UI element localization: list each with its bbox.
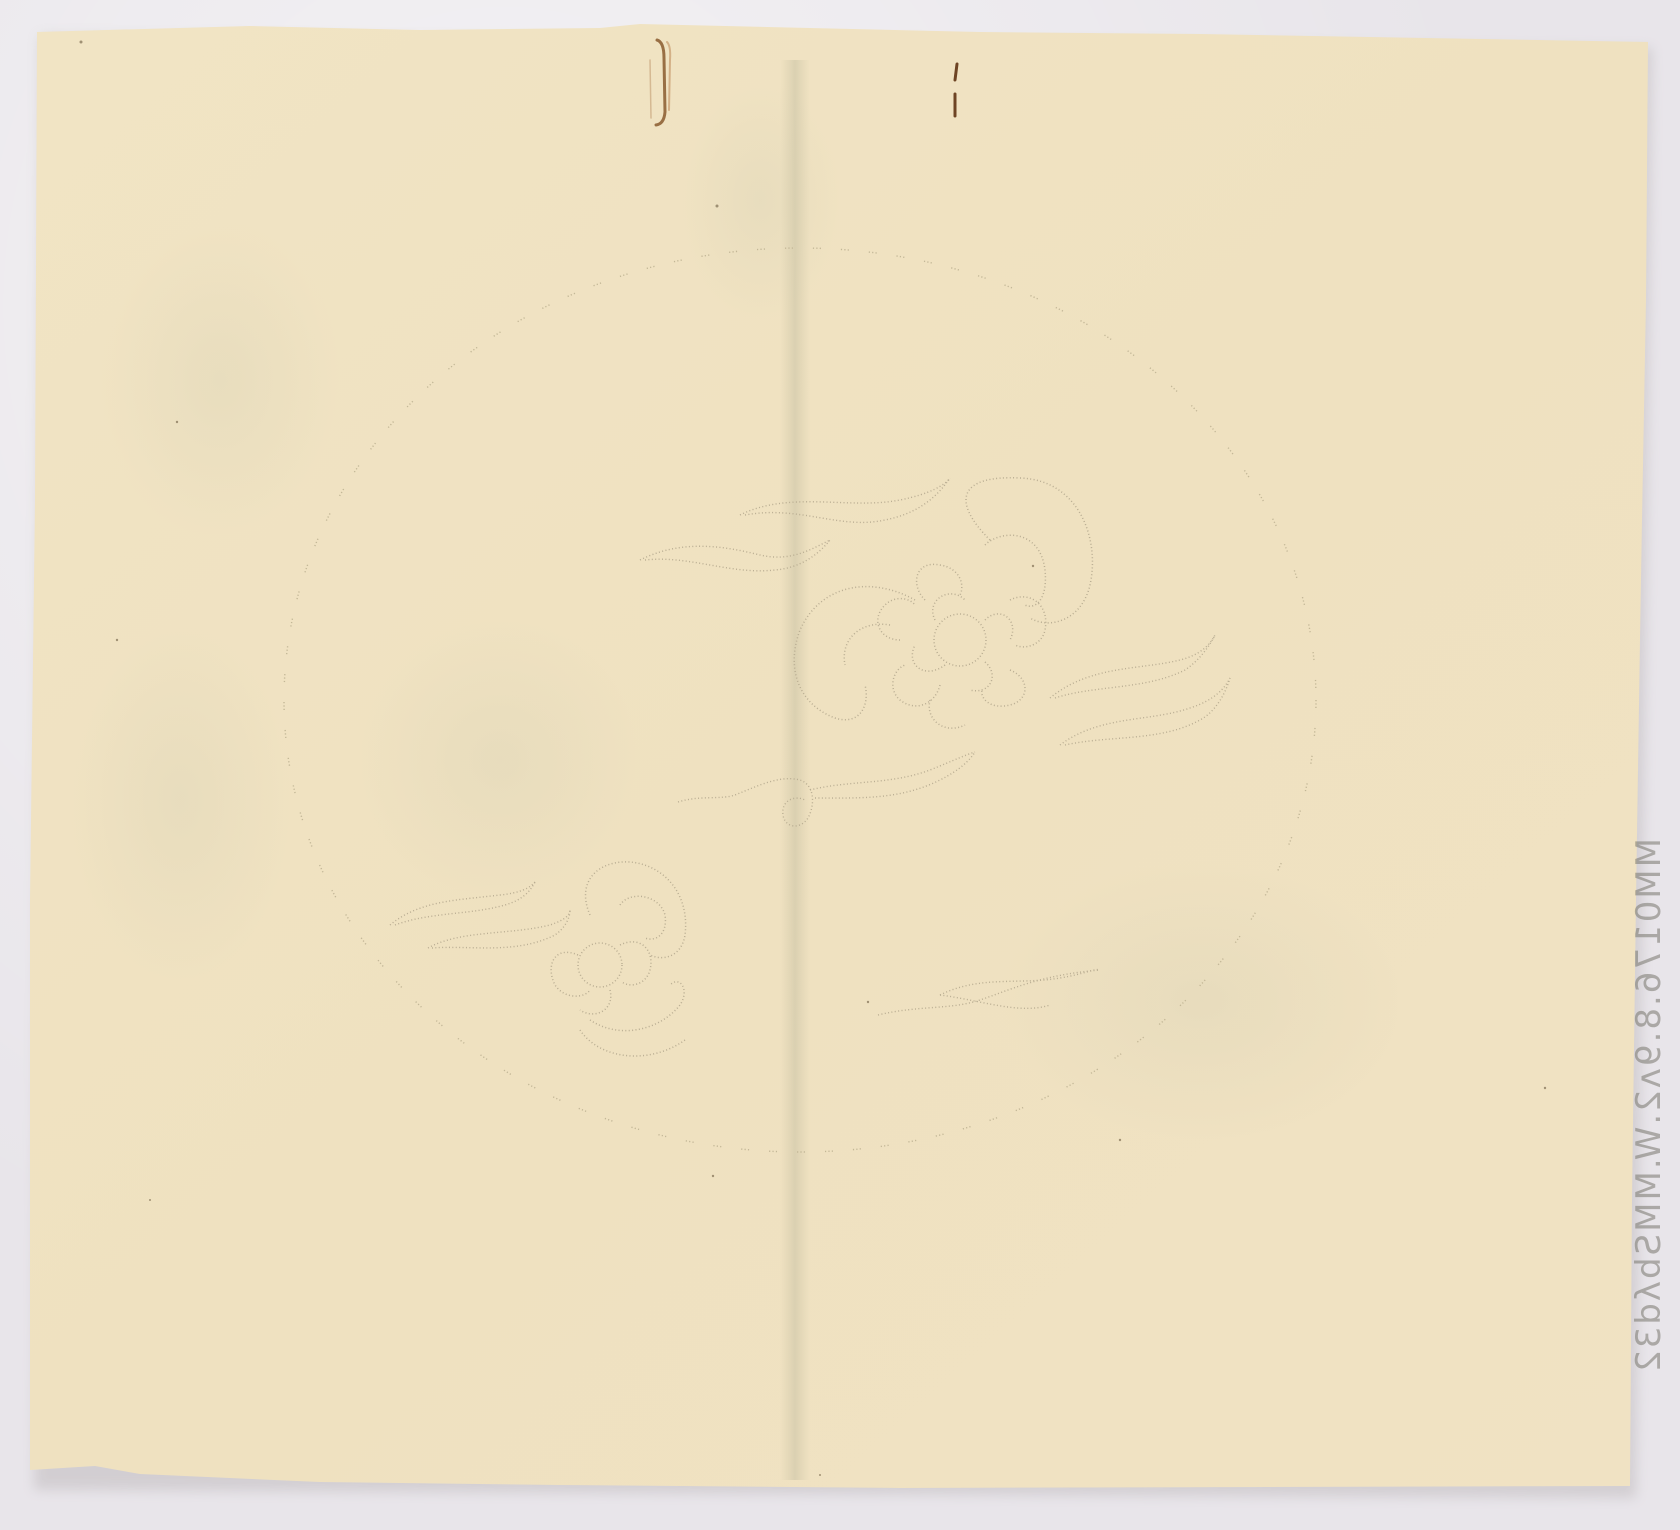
mirrored-handwritten-annotation: MM0176.8.9ʌ2.W.MMSbʎd32 (1627, 838, 1671, 1278)
scene: MM0176.8.9ʌ2.W.MMSbʎd32 (0, 0, 1680, 1530)
tracing-paper-sheet (0, 0, 1680, 1530)
smudge (100, 220, 340, 540)
vertical-fold (780, 60, 810, 1480)
smudge (360, 620, 640, 900)
smudge (1000, 860, 1400, 1140)
smudge (680, 80, 840, 320)
smudge (70, 620, 290, 980)
